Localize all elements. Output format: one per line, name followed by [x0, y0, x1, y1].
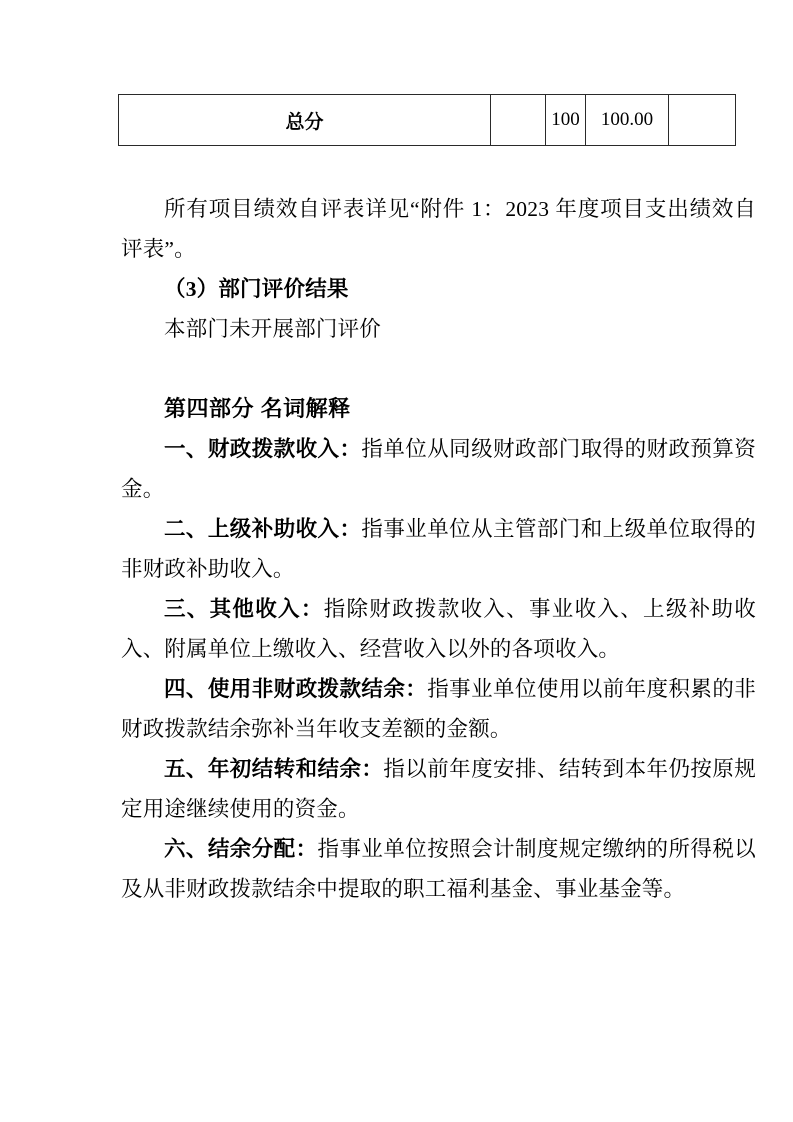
- definition-term-5: 五、年初结转和结余：: [164, 757, 383, 781]
- empty-cell-2: [669, 95, 736, 146]
- definition-item-6: 六、结余分配：指事业单位按照会计制度规定缴纳的所得税以及从非财政拨款结余中提取的…: [121, 829, 756, 909]
- blank-line: [121, 349, 756, 389]
- definition-term-1: 一、财政拨款收入：: [164, 437, 361, 461]
- dept-eval-note-paragraph: 本部门未开展部门评价: [121, 309, 756, 349]
- table-row: 总分 100 100.00: [119, 95, 736, 146]
- definition-term-4: 四、使用非财政拨款结余：: [164, 677, 427, 701]
- document-body: 所有项目绩效自评表详见“附件 1：2023 年度项目支出绩效自评表”。 （3）部…: [121, 189, 756, 909]
- max-score-cell: 100: [546, 95, 586, 146]
- definition-term-6: 六、结余分配：: [164, 837, 318, 861]
- total-score-label-cell: 总分: [119, 95, 491, 146]
- definition-item-5: 五、年初结转和结余：指以前年度安排、结转到本年仍按原规定用途继续使用的资金。: [121, 749, 756, 829]
- definition-item-2: 二、上级补助收入：指事业单位从主管部门和上级单位取得的非财政补助收入。: [121, 509, 756, 589]
- definition-term-3: 三、其他收入：: [164, 597, 324, 621]
- self-eval-note-paragraph: 所有项目绩效自评表详见“附件 1：2023 年度项目支出绩效自评表”。: [121, 189, 756, 269]
- document-page: 总分 100 100.00 所有项目绩效自评表详见“附件 1：2023 年度项目…: [0, 0, 793, 1122]
- heading-part4-glossary: 第四部分 名词解释: [121, 389, 756, 429]
- heading-dept-eval-result: （3）部门评价结果: [121, 269, 756, 309]
- score-table: 总分 100 100.00: [118, 94, 736, 146]
- empty-cell-1: [491, 95, 546, 146]
- definition-item-4: 四、使用非财政拨款结余：指事业单位使用以前年度积累的非财政拨款结余弥补当年收支差…: [121, 669, 756, 749]
- definition-item-1: 一、财政拨款收入：指单位从同级财政部门取得的财政预算资金。: [121, 429, 756, 509]
- score-value-cell: 100.00: [586, 95, 669, 146]
- definition-item-3: 三、其他收入：指除财政拨款收入、事业收入、上级补助收入、附属单位上缴收入、经营收…: [121, 589, 756, 669]
- definition-term-2: 二、上级补助收入：: [164, 517, 361, 541]
